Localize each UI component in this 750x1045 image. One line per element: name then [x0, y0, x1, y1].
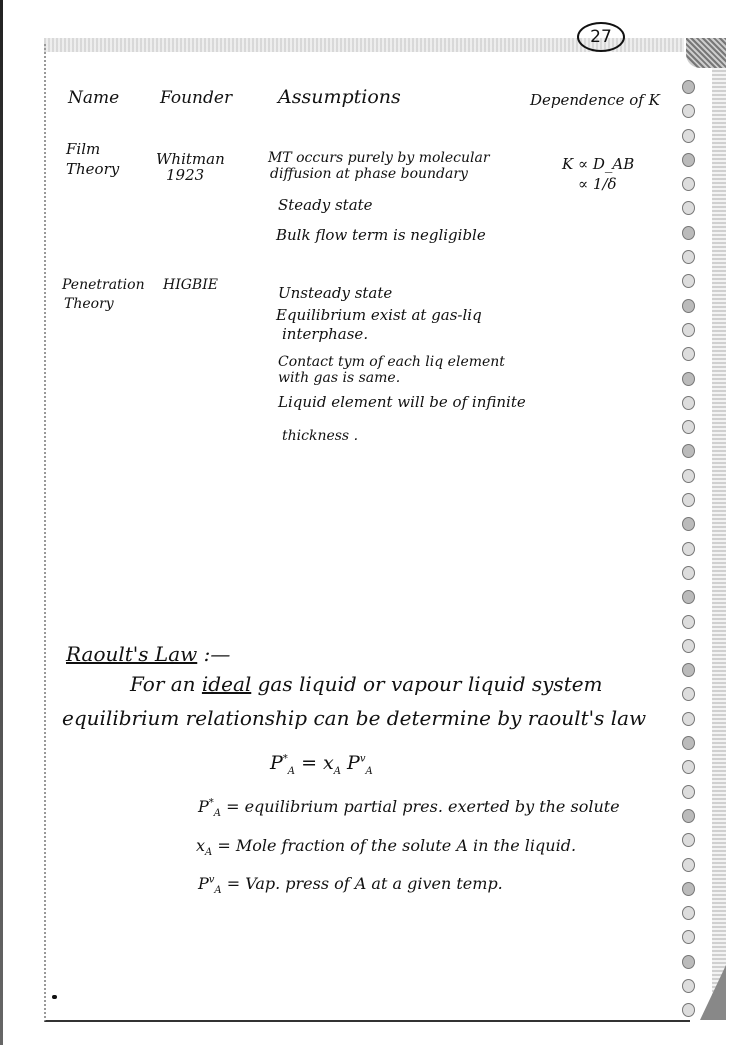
binder-hole-icon [682, 104, 695, 118]
raoult-heading: Raoult's Law [66, 642, 197, 666]
binder-hole-icon [682, 274, 695, 288]
row-founder-year: 1923 [166, 166, 204, 185]
binder-hole-icon [682, 153, 695, 167]
binder-hole-icon [682, 566, 695, 580]
binder-hole-icon [682, 1003, 695, 1017]
binder-hole-icon [682, 687, 695, 701]
binder-hole-icon [682, 201, 695, 215]
binder-hole-icon [682, 129, 695, 143]
dependence-line: K ∝ D_AB [562, 155, 634, 174]
binder-hole-icon [682, 809, 695, 823]
row-founder: HIGBIE [163, 277, 218, 294]
binder-hole-icon [682, 396, 695, 410]
page-corner-top [686, 38, 726, 68]
binder-hole-icon [682, 299, 695, 313]
page-number: 27 [577, 22, 625, 52]
raoult-formula: P*A = xA PvA [270, 752, 373, 777]
assumption-line: Bulk flow term is negligible [276, 226, 486, 245]
header-name: Name [68, 88, 119, 108]
binder-hole-icon [682, 493, 695, 507]
binder-hole-icon [682, 444, 695, 458]
raoult-line-2: equilibrium relationship can be determin… [62, 706, 646, 730]
binder-hole-icon [682, 250, 695, 264]
definition-text: = Mole fraction of the solute A in the l… [217, 836, 576, 855]
row-name-line: Theory [64, 296, 114, 313]
binder-hole-icon [682, 712, 695, 726]
page-corner-bottom [700, 965, 726, 1020]
section-heading: Raoult's Law :— [66, 642, 230, 666]
raoult-line-1: For an ideal gas liquid or vapour liquid… [130, 672, 603, 696]
header-assumptions: Assumptions [278, 86, 401, 108]
assumption-line: Liquid element will be of infinite [278, 393, 526, 412]
binder-hole-icon [682, 930, 695, 944]
assumption-line: interphase. [282, 325, 368, 344]
binder-hole-icon [682, 639, 695, 653]
binder-hole-icon [682, 420, 695, 434]
heading-suffix: :— [204, 642, 231, 666]
binder-holes [682, 80, 702, 1028]
assumption-line: Contact tym of each liq element [278, 354, 505, 371]
ink-speck [52, 995, 57, 999]
scan-right-band [712, 60, 726, 1020]
assumption-line: thickness . [282, 428, 358, 445]
binder-hole-icon [682, 542, 695, 556]
binder-hole-icon [682, 833, 695, 847]
assumption-line: MT occurs purely by molecular [268, 150, 490, 167]
binder-hole-icon [682, 347, 695, 361]
binder-hole-icon [682, 760, 695, 774]
binder-hole-icon [682, 80, 695, 94]
definition-item: P*A = equilibrium partial pres. exerted … [198, 797, 620, 819]
binder-hole-icon [682, 323, 695, 337]
header-founder: Founder [160, 88, 232, 108]
row-name-line: Theory [66, 160, 119, 179]
binder-hole-icon [682, 615, 695, 629]
assumption-line: Steady state [278, 196, 373, 215]
binder-hole-icon [682, 955, 695, 969]
binder-hole-icon [682, 882, 695, 896]
binder-hole-icon [682, 736, 695, 750]
binder-hole-icon [682, 177, 695, 191]
binder-hole-icon [682, 590, 695, 604]
definition-text: = Vap. press of A at a given temp. [227, 874, 503, 893]
line1-rest: gas liquid or vapour liquid system [251, 672, 602, 696]
row-name-line: Film [66, 140, 100, 159]
binder-hole-icon [682, 663, 695, 677]
row-name-line: Penetration [62, 277, 145, 294]
emphasis-ideal: ideal [202, 672, 251, 696]
binder-hole-icon [682, 372, 695, 386]
header-dependence: Dependence of K [530, 91, 660, 109]
definition-item: PvA = Vap. press of A at a given temp. [198, 874, 503, 896]
binder-hole-icon [682, 517, 695, 531]
binder-hole-icon [682, 979, 695, 993]
binder-hole-icon [682, 858, 695, 872]
line1-prefix: For an [130, 672, 202, 696]
definition-text: = equilibrium partial pres. exerted by t… [226, 797, 620, 816]
assumption-line: Equilibrium exist at gas-liq [276, 306, 482, 325]
assumption-line: Unsteady state [278, 284, 392, 303]
assumption-line: with gas is same. [278, 370, 400, 387]
dependence-line: ∝ 1/δ [578, 175, 617, 194]
binder-hole-icon [682, 785, 695, 799]
binder-hole-icon [682, 226, 695, 240]
definition-item: xA = Mole fraction of the solute A in th… [196, 836, 576, 858]
scan-left-edge [0, 0, 3, 1045]
binder-hole-icon [682, 469, 695, 483]
binder-hole-icon [682, 906, 695, 920]
assumption-line: diffusion at phase boundary [270, 166, 468, 183]
